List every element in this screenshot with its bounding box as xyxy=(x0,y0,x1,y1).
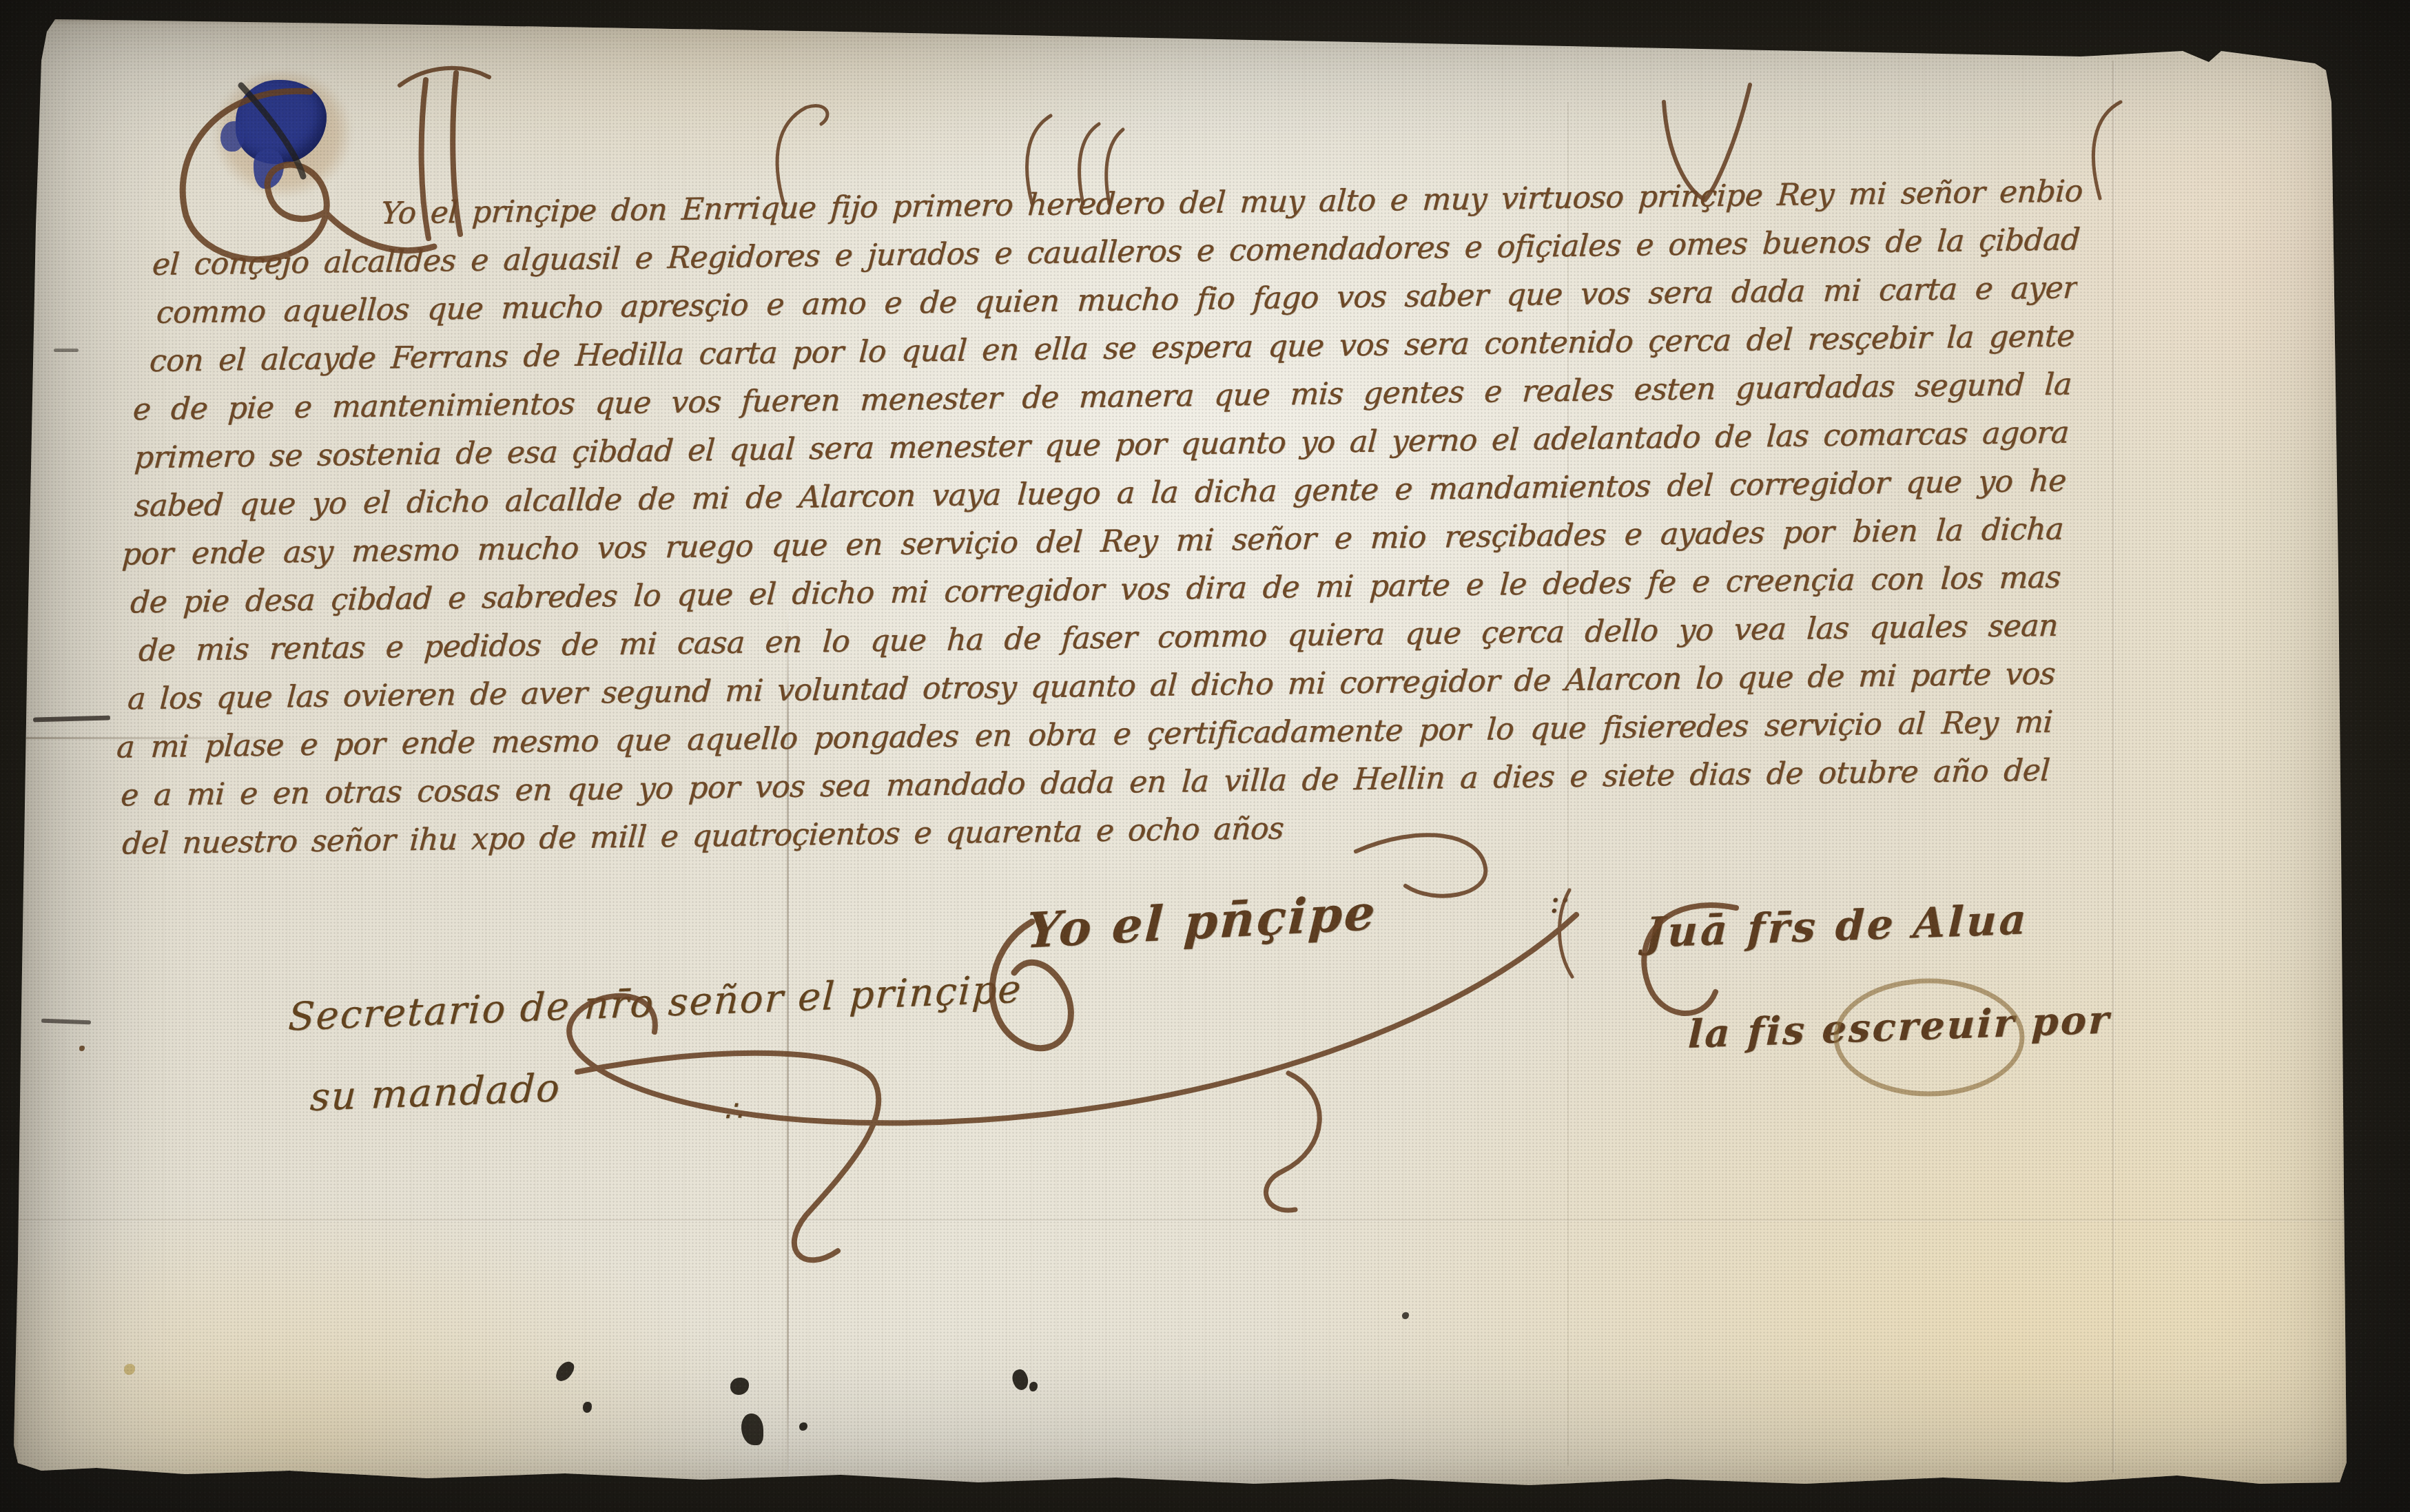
edge-tear-mark xyxy=(33,716,110,723)
foxing-spot xyxy=(124,1364,135,1375)
letter-body: Yo el prinçipe don Enrrique fijo primero… xyxy=(110,167,2083,869)
photo-background: Yo el prinçipe don Enrrique fijo primero… xyxy=(0,0,2410,1512)
secretary-note-line1: Secretario de nr̄o señor el prinçipe xyxy=(287,966,1023,1039)
prince-signature: Yo el pn̄çipe xyxy=(1025,884,1379,960)
secretary-note-line2: su mandado xyxy=(309,1066,562,1120)
horizontal-fold-crease-lower xyxy=(14,1219,2348,1221)
vertical-fold-crease-right xyxy=(2112,61,2114,1473)
ink-speck xyxy=(741,1413,763,1445)
blue-ink-blot-tail xyxy=(254,149,284,189)
ink-speck xyxy=(553,1358,577,1385)
secretary-paraph-dots: ∴ xyxy=(723,1094,742,1128)
scribe-signature-line1: Juā fr̄s de Alua xyxy=(1645,895,2030,957)
signature-paraph-dots: :· xyxy=(1547,881,1572,921)
manuscript-paper: Yo el prinçipe don Enrrique fijo primero… xyxy=(14,19,2349,1489)
edge-tear-mark xyxy=(54,349,79,352)
ink-speck xyxy=(730,1378,749,1395)
blue-ink-blot xyxy=(236,80,327,164)
scribe-signature-line2: la fis escreuir por xyxy=(1687,997,2112,1057)
ink-speck xyxy=(799,1422,807,1431)
ink-speck xyxy=(79,1046,85,1051)
ink-speck xyxy=(583,1402,592,1413)
ink-speck xyxy=(1029,1382,1038,1391)
ink-speck xyxy=(1402,1312,1409,1319)
edge-tear-mark xyxy=(41,1019,91,1025)
blue-ink-blot-edge xyxy=(220,121,244,152)
ink-speck xyxy=(1010,1367,1031,1392)
